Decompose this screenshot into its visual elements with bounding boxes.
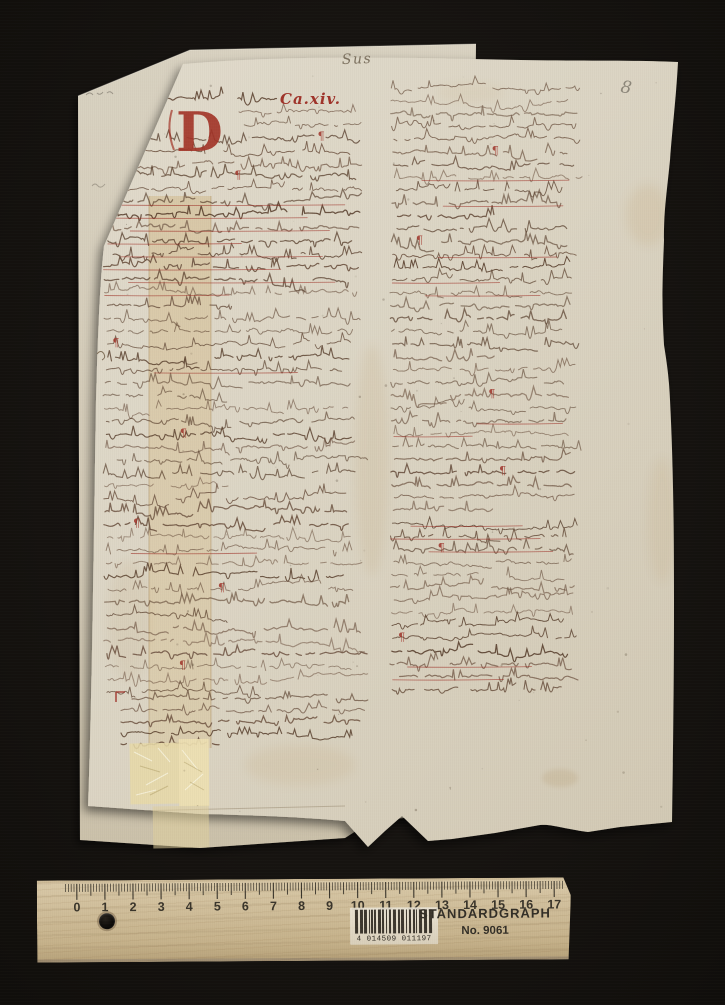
speckle [600,93,601,94]
speckle [363,549,365,551]
ruler-model-label: No. 9061 [415,924,555,937]
speckle [290,565,292,567]
speckle [176,643,178,645]
speckle [356,665,358,667]
speckle [617,711,619,713]
ruler-cm-number: 2 [124,900,142,914]
speckle [226,534,227,535]
barcode-bar [369,910,370,934]
ruler-cm-number: 8 [292,899,310,913]
speckle [355,275,357,277]
top-annotation: Sus [342,51,373,68]
speckle [359,396,361,398]
speckle [300,287,301,288]
ruler-hole [99,913,115,929]
speckle [244,193,245,194]
speckle [144,66,146,68]
speckle [127,294,129,296]
speckle [625,653,628,656]
speckle [183,770,185,772]
left-pilcrow: ¶ [179,659,186,672]
right-pilcrow: ¶ [438,541,445,554]
speckle [501,665,503,667]
speckle [353,662,354,663]
speckle [519,700,520,701]
initial-letter: D [176,100,223,164]
speckle [190,353,192,355]
speckle [551,615,552,616]
speckle [382,298,384,300]
barcode-bar [360,910,363,934]
speckle [492,531,494,533]
speckle [415,809,418,812]
speckle [187,610,189,612]
speckle [317,769,318,770]
speckle [192,664,195,667]
ruler-cm-number: 4 [180,900,198,914]
speckle [481,201,483,203]
ruler-brand-label: STANDARDGRAPH [415,905,555,921]
speckle [239,811,240,812]
speckle [312,75,314,77]
speckle [182,450,184,452]
speckle [491,254,493,256]
ruler-cm-number: 6 [236,899,254,913]
speckle [275,467,276,468]
ruler-cm-number: 3 [152,900,170,914]
right-pilcrow: ¶ [488,387,495,400]
speckle [494,123,495,124]
speckle [246,369,248,371]
manuscript-photo: ¶¶¶¶¶¶¶ ¶¶¶¶¶¶ Ca.xiv. D Sus 8 [0,0,725,1005]
left-pilcrow: ¶ [180,426,187,439]
barcode-bar [371,910,373,934]
barcode-bar [386,909,387,933]
speckle [539,488,541,490]
speckle [393,162,395,164]
speckle [585,739,586,740]
barcode-bar [409,909,411,933]
speckle [627,423,629,425]
speckle [322,315,324,317]
speckle [293,842,296,845]
speckle [482,768,484,770]
speckle [295,528,296,529]
speckle [164,134,165,135]
speckle [338,714,339,715]
speckle [588,175,589,176]
right-pilcrow: ¶ [499,464,506,477]
speckle [317,675,318,676]
speckle [433,120,435,122]
left-pilcrow: ¶ [112,336,119,349]
barcode-bar [355,910,358,934]
speckle [210,85,212,87]
speckle [174,156,176,158]
barcode-bar [401,909,404,933]
barcode-bar [364,910,367,934]
speckle [365,801,366,802]
speckle [241,255,243,257]
speckle [260,690,261,691]
right-pilcrow: ¶ [398,630,405,643]
speckle [495,178,496,179]
right-pilcrow: ¶ [416,234,423,247]
barcode-bar [382,910,384,934]
speckle [660,806,662,808]
chapter-heading: Ca.xiv. [280,90,341,108]
speckle [546,497,548,499]
speckle [329,491,332,494]
speckle [441,323,442,324]
barcode-bar [398,909,400,933]
speckle [407,198,409,200]
left-pilcrow: ¶ [133,517,140,530]
barcode-bar [393,909,396,933]
speckle [591,611,593,613]
ruler-cm-number: 1 [96,900,114,914]
speckle [490,143,492,145]
speckle [385,384,388,387]
speckle [416,390,418,392]
speckle [463,77,464,78]
left-pilcrow: ¶ [218,581,225,594]
photograph-stage: ¶¶¶¶¶¶¶ ¶¶¶¶¶¶ Ca.xiv. D Sus 8 [0,0,725,1005]
speckle [449,787,451,789]
barcode-bar [406,909,407,933]
speckle [533,692,534,693]
speckle [248,136,250,138]
speckle [450,788,451,789]
speckle [336,479,339,482]
ruler-cm-number: 7 [264,899,282,913]
ruler-cm-number: 5 [208,899,226,913]
speckle [525,666,526,667]
speckle [644,328,645,329]
ruler: 01234567891011121314151617 4 014509 0111… [37,877,571,962]
speckle [318,106,320,108]
barcode-bar [389,909,391,933]
speckle [293,221,294,222]
ruler-cm-number: 9 [321,899,339,913]
barcode-bar [378,910,381,934]
speckle [461,411,462,412]
speckle [453,377,455,379]
speckle [197,805,198,806]
speckle [183,393,185,395]
left-pilcrow: ¶ [318,130,325,143]
speckle [360,560,362,562]
left-pilcrow: ¶ [234,168,241,181]
speckle [622,771,624,773]
ruler-cm-number: 0 [68,900,86,914]
speckle [607,587,610,590]
barcode-bar [374,910,376,934]
speckle [126,224,127,225]
speckle [656,82,657,83]
right-pilcrow: ¶ [492,144,499,157]
